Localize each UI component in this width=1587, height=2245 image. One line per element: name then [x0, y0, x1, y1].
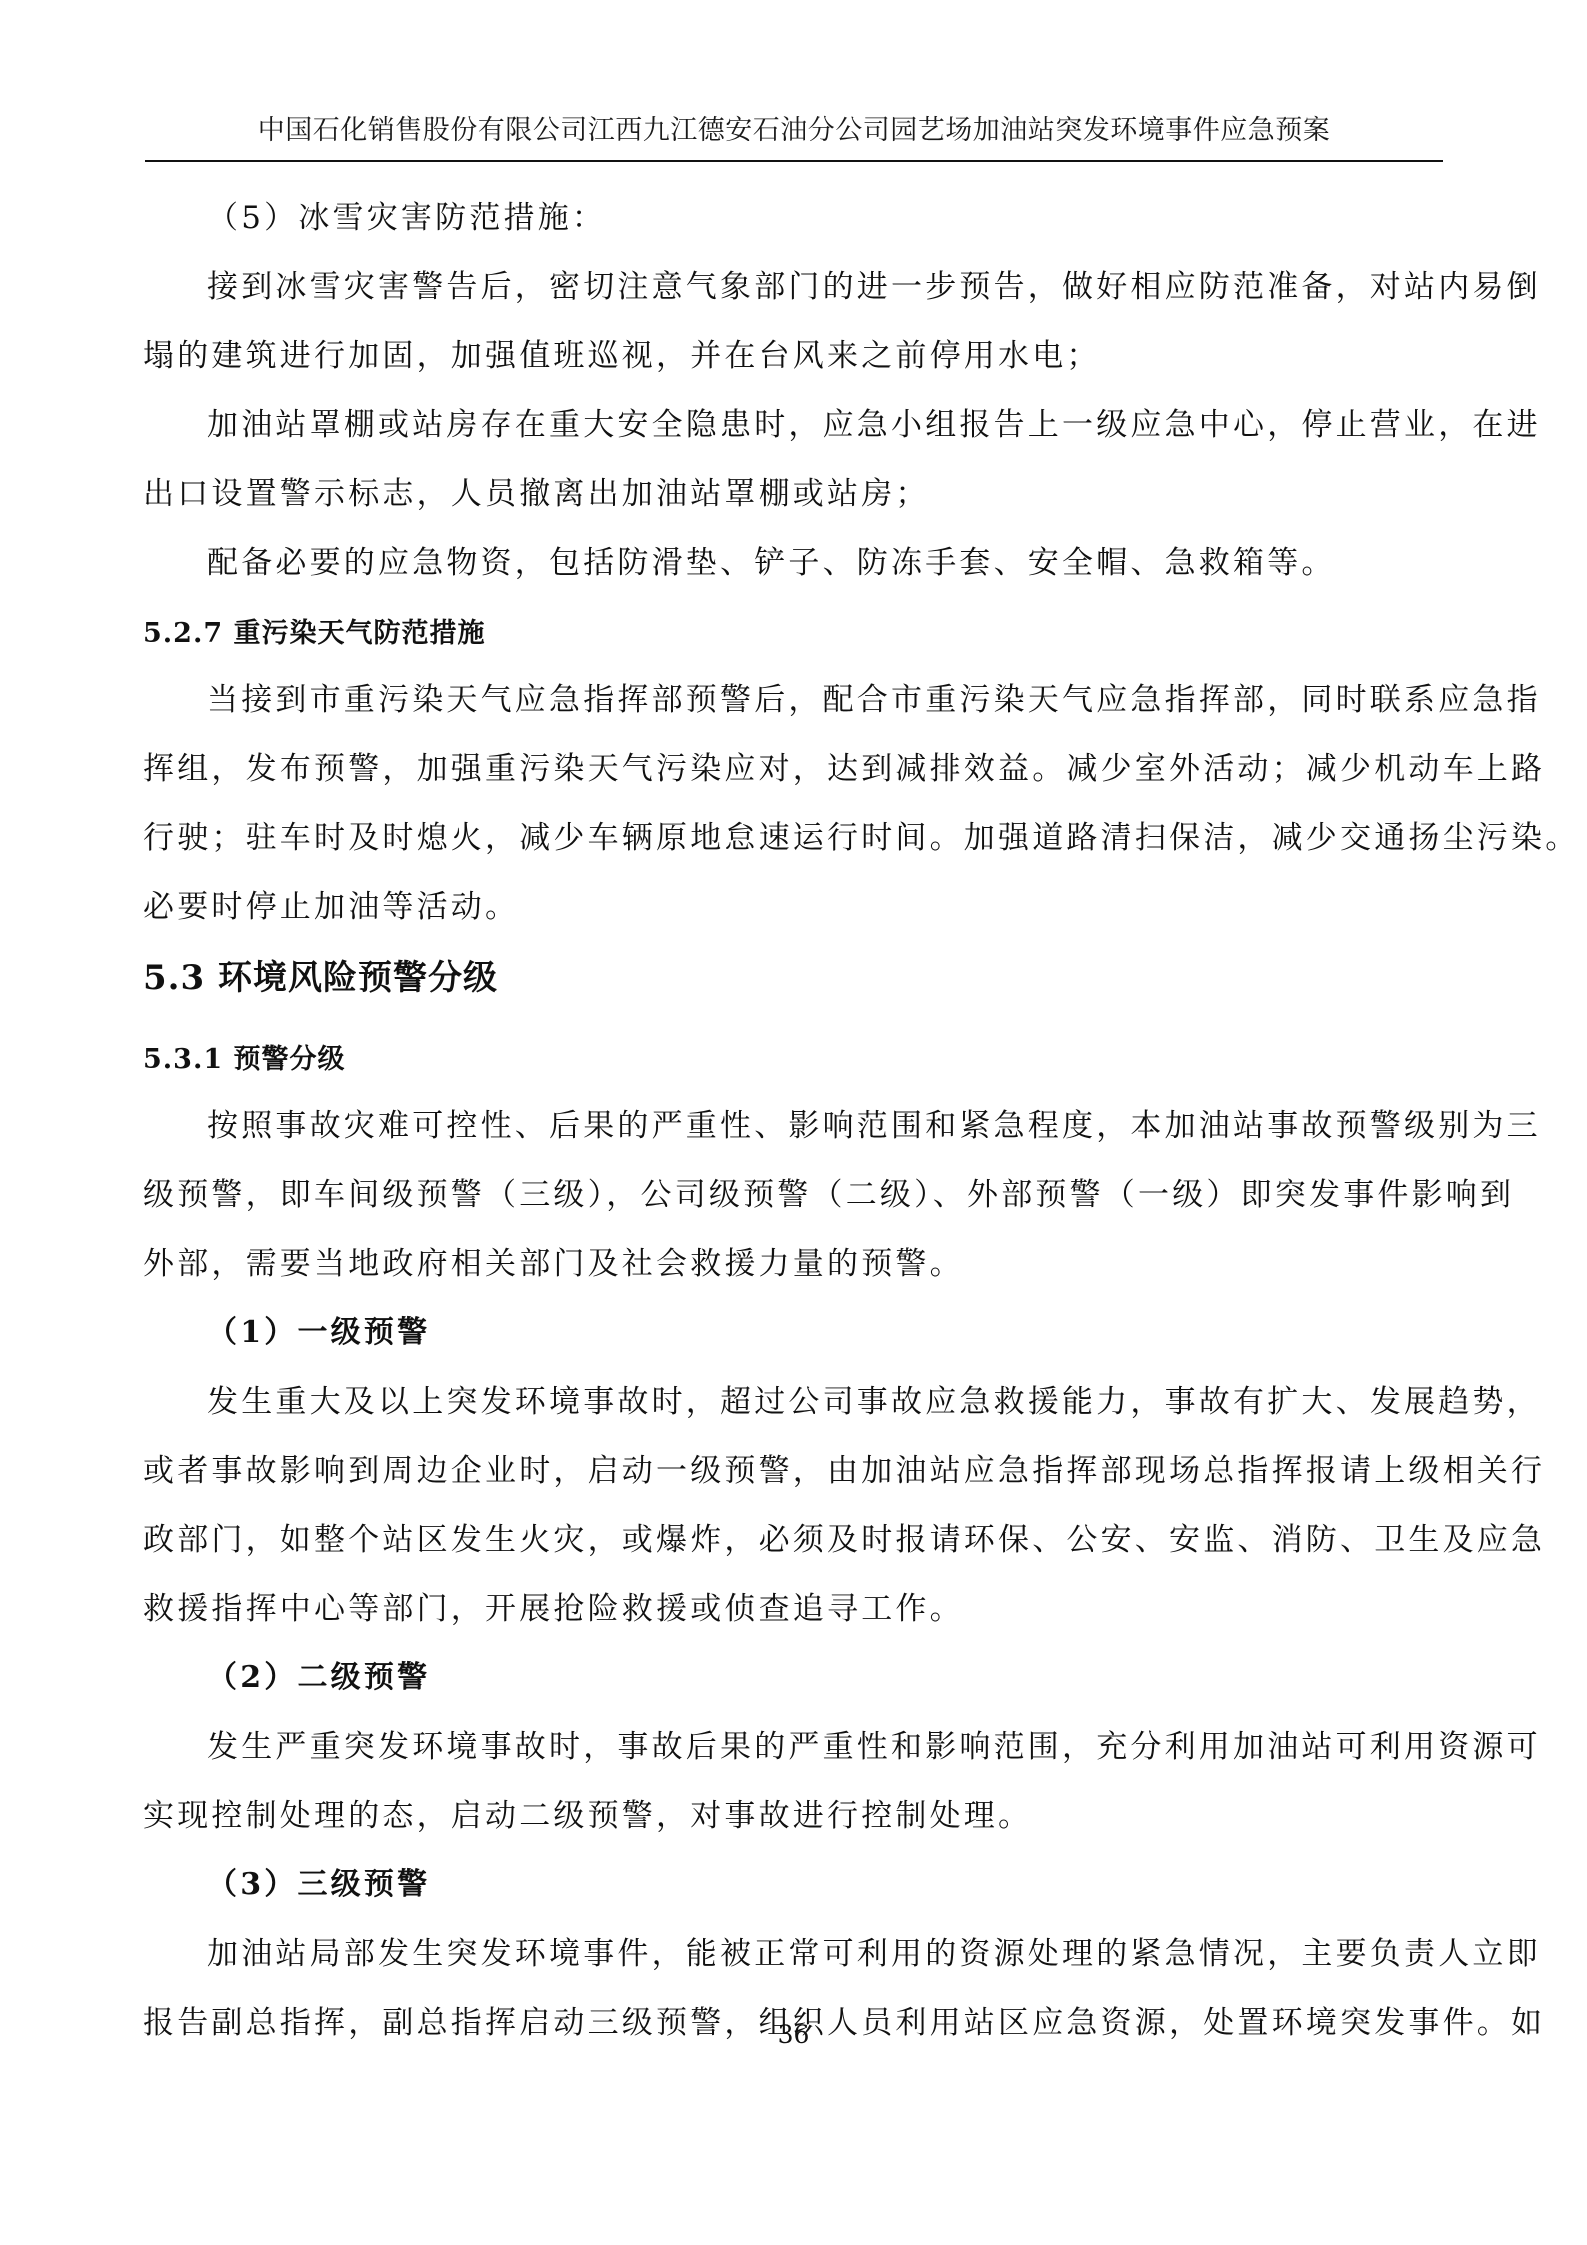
paragraph-line: 政部门，如整个站区发生火灾，或爆炸，必须及时报请环保、公安、安监、消防、卫生及应… — [143, 1520, 1545, 1560]
paragraph-line: 挥组，发布预警，加强重污染天气污染应对，达到减排效益。减少室外活动；减少机动车上… — [143, 749, 1545, 789]
paragraph-line: 发生严重突发环境事故时，事故后果的严重性和影响范围，充分利用加油站可利用资源可 — [207, 1727, 1541, 1767]
paragraph-line: 配备必要的应急物资，包括防滑垫、铲子、防冻手套、安全帽、急救箱等。 — [207, 543, 1336, 583]
paragraph-line: 或者事故影响到周边企业时，启动一级预警，由加油站应急指挥部现场总指挥报请上级相关… — [143, 1451, 1545, 1491]
header-divider — [145, 160, 1443, 162]
paragraph-line: 接到冰雪灾害警告后，密切注意气象部门的进一步预告，做好相应防范准备，对站内易倒 — [207, 267, 1541, 307]
paragraph-line: 塌的建筑进行加固，加强值班巡视，并在台风来之前停用水电； — [143, 336, 1101, 376]
item-heading-ice-snow: （5）冰雪灾害防范措施： — [207, 198, 606, 238]
paragraph-line: 实现控制处理的态，启动二级预警，对事故进行控制处理。 — [143, 1796, 1032, 1836]
running-header: 中国石化销售股份有限公司江西九江德安石油分公司园艺场加油站突发环境事件应急预案 — [145, 108, 1443, 147]
page-number: 36 — [0, 2020, 1587, 2049]
paragraph-line: 加油站局部发生突发环境事件，能被正常可利用的资源处理的紧急情况，主要负责人立即 — [207, 1934, 1541, 1974]
section-heading-5-2-7: 5.2.7 重污染天气防范措施 — [143, 614, 486, 654]
level-2-warning-heading: （2）二级预警 — [207, 1658, 430, 1698]
paragraph-line: 级预警，即车间级预警（三级），公司级预警（二级）、外部预警（一级）即突发事件影响… — [143, 1175, 1514, 1215]
level-1-warning-heading: （1）一级预警 — [207, 1313, 430, 1353]
paragraph-line: 出口设置警示标志，人员撤离出加油站罩棚或站房； — [143, 474, 930, 514]
paragraph-line: 发生重大及以上突发环境事故时，超过公司事故应急救援能力，事故有扩大、发展趋势， — [207, 1382, 1541, 1422]
paragraph-line: 当接到市重污染天气应急指挥部预警后，配合市重污染天气应急指挥部，同时联系应急指 — [207, 680, 1541, 720]
section-heading-5-3-1: 5.3.1 预警分级 — [143, 1040, 346, 1080]
paragraph-line: 行驶；驻车时及时熄火，减少车辆原地怠速运行时间。加强道路清扫保洁，减少交通扬尘污… — [143, 818, 1579, 858]
paragraph-line: 必要时停止加油等活动。 — [143, 887, 519, 927]
document-page: 中国石化销售股份有限公司江西九江德安石油分公司园艺场加油站突发环境事件应急预案 … — [0, 0, 1587, 2245]
paragraph-line: 外部，需要当地政府相关部门及社会救援力量的预警。 — [143, 1244, 964, 1284]
paragraph-line: 加油站罩棚或站房存在重大安全隐患时，应急小组报告上一级应急中心，停止营业，在进 — [207, 405, 1541, 445]
paragraph-line: 按照事故灾难可控性、后果的严重性、影响范围和紧急程度，本加油站事故预警级别为三 — [207, 1106, 1541, 1146]
level-3-warning-heading: （3）三级预警 — [207, 1865, 430, 1905]
section-heading-5-3: 5.3 环境风险预警分级 — [143, 958, 498, 998]
paragraph-line: 救援指挥中心等部门，开展抢险救援或侦查追寻工作。 — [143, 1589, 964, 1629]
